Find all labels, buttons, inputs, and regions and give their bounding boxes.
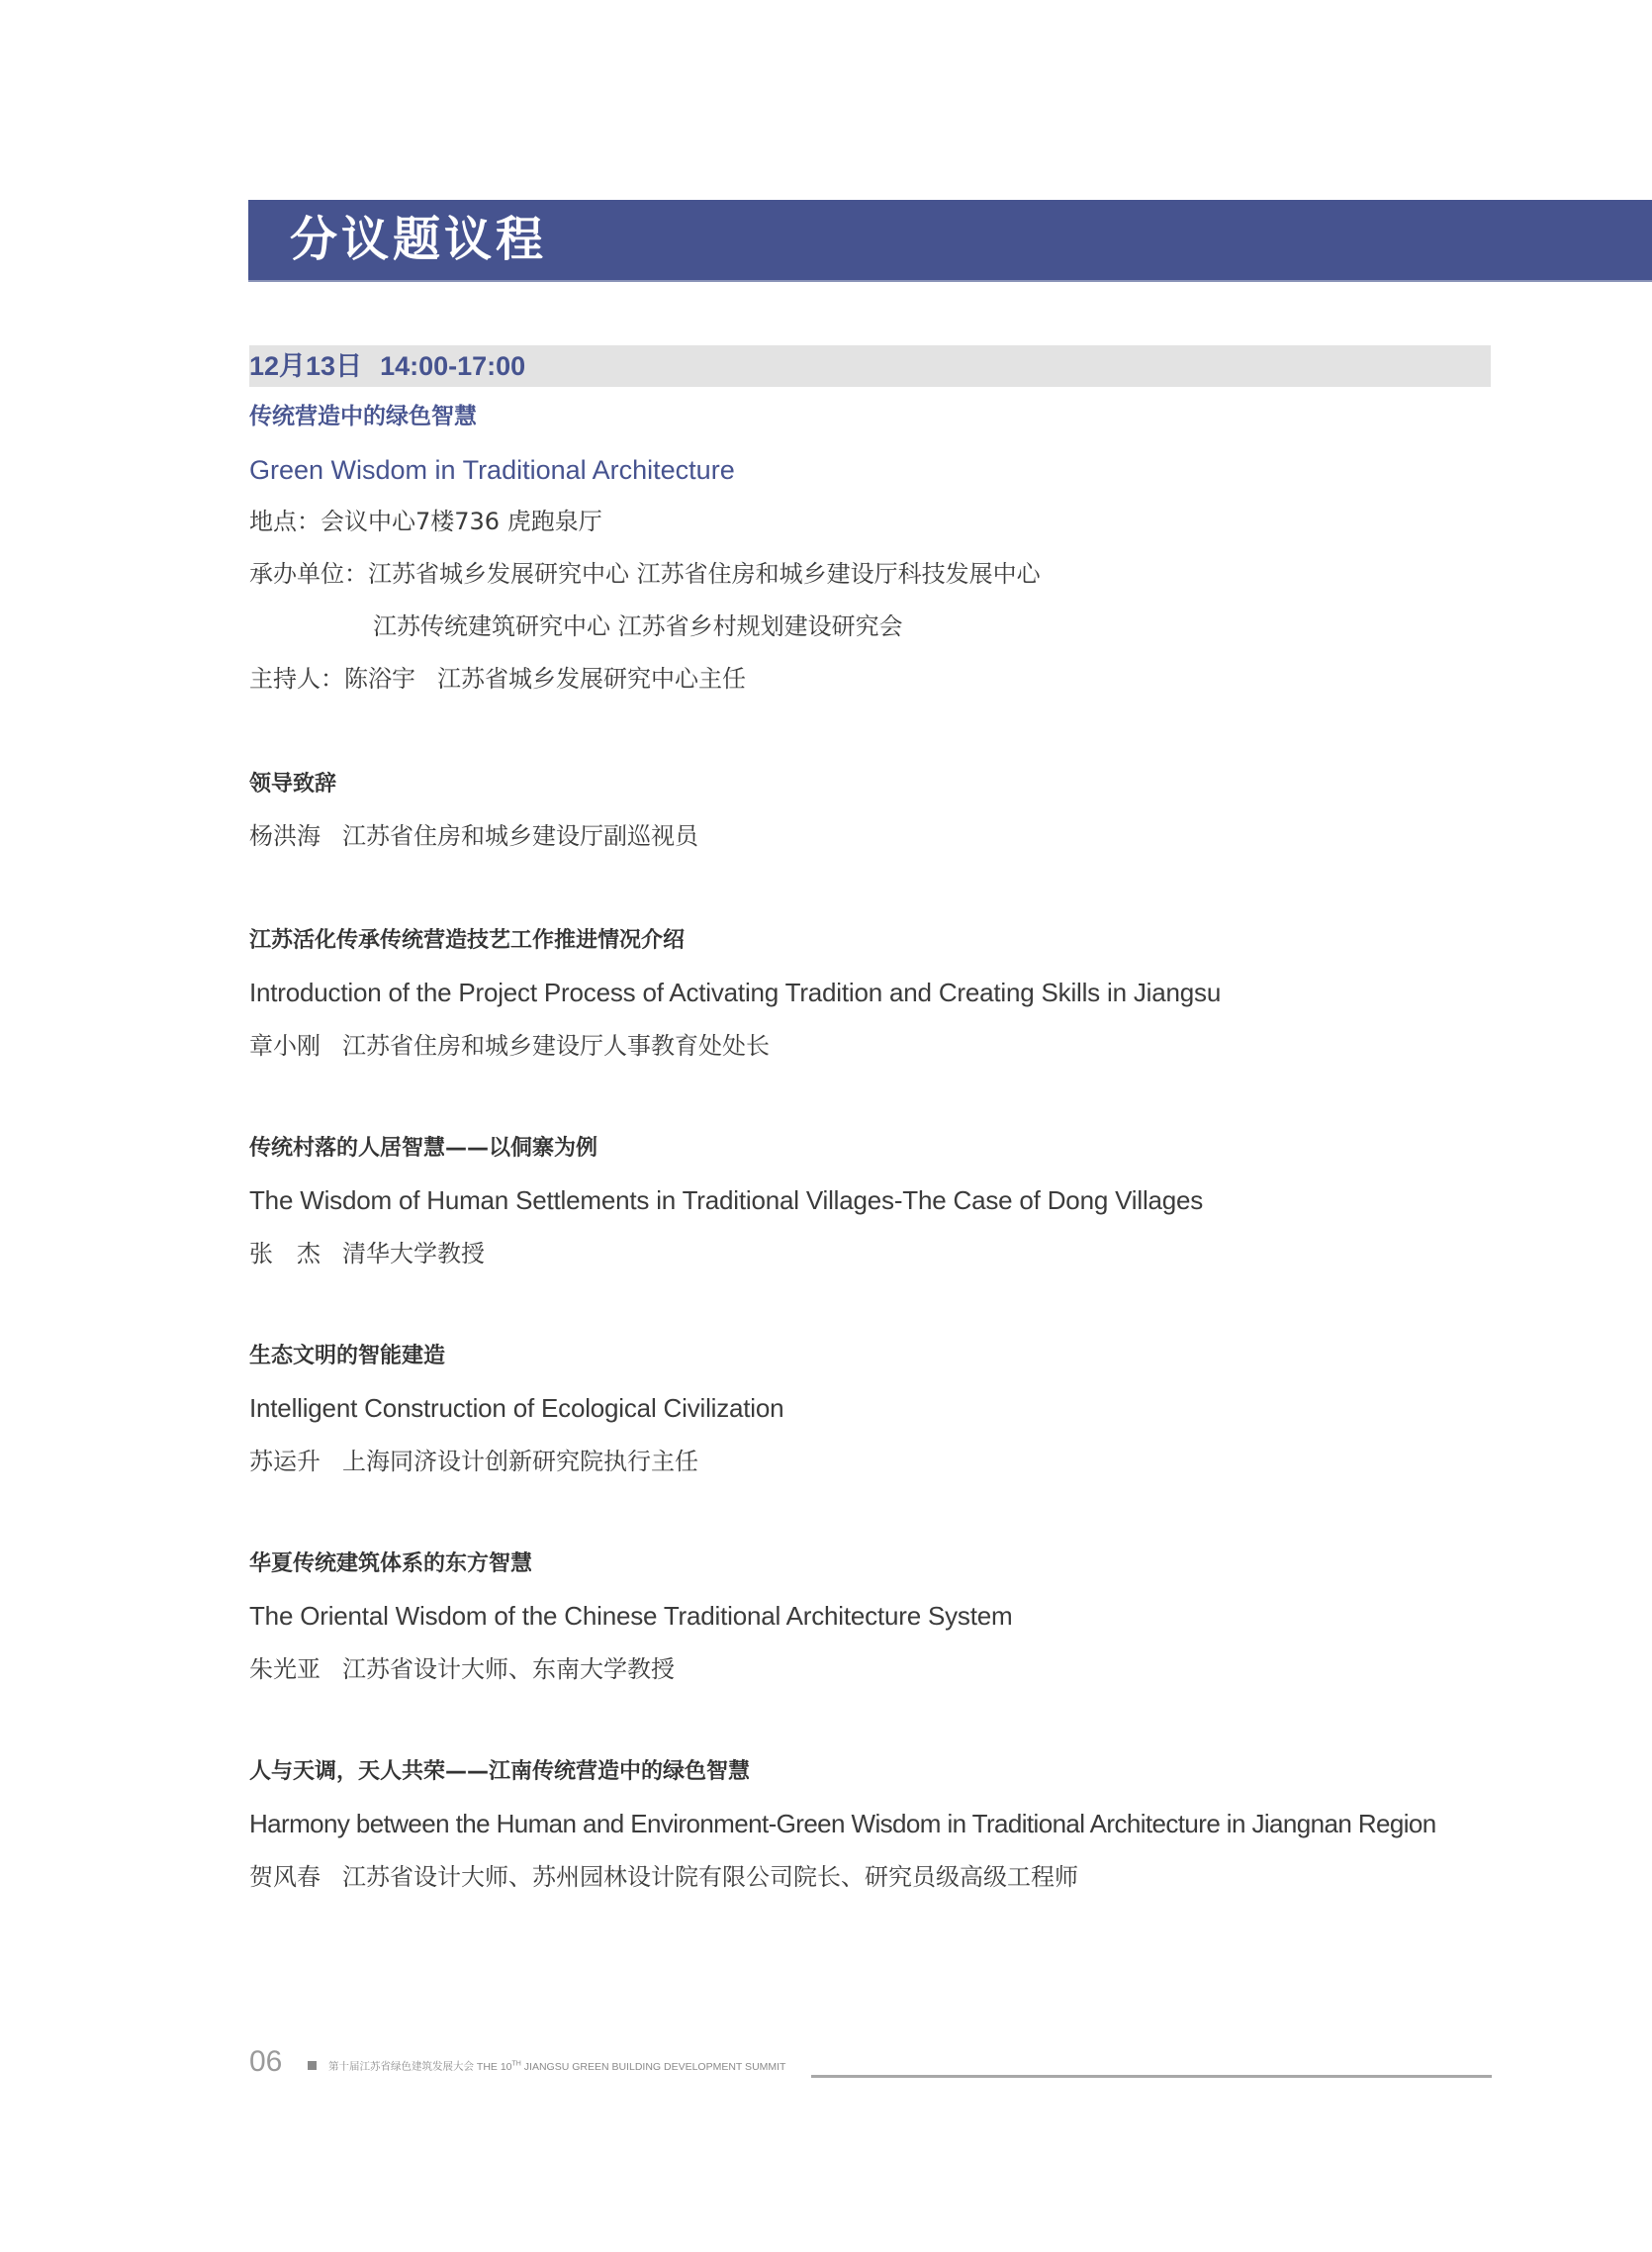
session-host: 主持人：陈浴宇江苏省城乡发展研究中心主任 <box>249 664 746 694</box>
talk-title-en: Intelligent Construction of Ecological C… <box>249 1393 783 1423</box>
location-value: 会议中心7楼736 虎跑泉厅 <box>321 508 602 535</box>
speaker-title: 江苏省设计大师、东南大学教授 <box>342 1655 675 1683</box>
speaker-title: 江苏省设计大师、苏州园林设计院有限公司院长、研究员级高级工程师 <box>342 1863 1078 1891</box>
talk-title-en: Harmony between the Human and Environmen… <box>249 1809 1436 1838</box>
talk-speaker: 朱光亚江苏省设计大师、东南大学教授 <box>249 1654 675 1684</box>
organizers-line-2: 江苏传统建筑研究中心 江苏省乡村规划建设研究会 <box>373 611 903 641</box>
talk-title-cn: 传统村落的人居智慧——以侗寨为例 <box>249 1135 597 1163</box>
page-number: 06 <box>249 2045 282 2079</box>
talk-speaker: 贺风春江苏省设计大师、苏州园林设计院有限公司院长、研究员级高级工程师 <box>249 1862 1078 1892</box>
host-title: 江苏省城乡发展研究中心主任 <box>437 665 746 693</box>
speaker-title: 江苏省住房和城乡建设厅人事教育处处长 <box>342 1032 770 1060</box>
talk-title-cn: 江苏活化传承传统营造技艺工作推进情况介绍 <box>249 927 685 955</box>
speaker-name: 杨洪海 <box>249 822 321 850</box>
host-label: 主持人： <box>249 665 344 693</box>
talk-title-en: The Oriental Wisdom of the Chinese Tradi… <box>249 1601 1012 1631</box>
speaker-name: 章小刚 <box>249 1032 321 1060</box>
square-bullet-icon <box>308 2061 317 2070</box>
opening-speaker: 杨洪海江苏省住房和城乡建设厅副巡视员 <box>249 821 698 851</box>
date-time-bar: 12月13日14:00-17:00 <box>249 345 1491 387</box>
speaker-name: 张 杰 <box>249 1240 321 1267</box>
organizers-line-1: 江苏省城乡发展研究中心 江苏省住房和城乡建设厅科技发展中心 <box>368 560 1041 588</box>
talk-title-cn: 华夏传统建筑体系的东方智慧 <box>249 1550 532 1578</box>
page-title: 分议题议程 <box>290 212 547 267</box>
talk-title-cn: 生态文明的智能建造 <box>249 1343 445 1370</box>
footer-divider <box>811 2075 1492 2078</box>
session-datetime: 12月13日14:00-17:00 <box>249 351 525 381</box>
speaker-title: 江苏省住房和城乡建设厅副巡视员 <box>342 822 698 850</box>
session-title-en: Green Wisdom in Traditional Architecture <box>249 454 735 486</box>
session-title-cn: 传统营造中的绿色智慧 <box>249 403 477 430</box>
session-date: 12月13日 <box>249 351 362 381</box>
talk-speaker: 章小刚江苏省住房和城乡建设厅人事教育处处长 <box>249 1031 770 1061</box>
session-organizers: 承办单位：江苏省城乡发展研究中心 江苏省住房和城乡建设厅科技发展中心 <box>249 559 1041 589</box>
talk-title-cn: 人与天调，天人共荣——江南传统营造中的绿色智慧 <box>249 1758 750 1786</box>
footer-summit-name: 第十届江苏省绿色建筑发展大会 THE 10TH JIANGSU GREEN BU… <box>328 2057 785 2074</box>
host-name: 陈浴宇 <box>344 665 415 693</box>
speaker-name: 苏运升 <box>249 1448 321 1475</box>
summit-name-cn: 第十届江苏省绿色建筑发展大会 <box>328 2061 474 2073</box>
talk-title-en: Introduction of the Project Process of A… <box>249 978 1221 1007</box>
talk-speaker: 张 杰清华大学教授 <box>249 1239 485 1268</box>
section-header-bar: 分议题议程 <box>248 200 1652 282</box>
summit-name-en: THE 10TH JIANGSU GREEN BUILDING DEVELOPM… <box>477 2061 786 2073</box>
opening-heading: 领导致辞 <box>249 771 336 798</box>
speaker-name: 贺风春 <box>249 1863 321 1891</box>
location-label: 地点： <box>249 508 321 535</box>
organizers-label: 承办单位： <box>249 560 368 588</box>
speaker-title: 清华大学教授 <box>342 1240 485 1267</box>
talk-speaker: 苏运升上海同济设计创新研究院执行主任 <box>249 1447 698 1476</box>
session-location: 地点：会议中心7楼736 虎跑泉厅 <box>249 507 602 536</box>
session-time: 14:00-17:00 <box>380 351 525 381</box>
talk-title-en: The Wisdom of Human Settlements in Tradi… <box>249 1185 1203 1215</box>
speaker-name: 朱光亚 <box>249 1655 321 1683</box>
speaker-title: 上海同济设计创新研究院执行主任 <box>342 1448 698 1475</box>
